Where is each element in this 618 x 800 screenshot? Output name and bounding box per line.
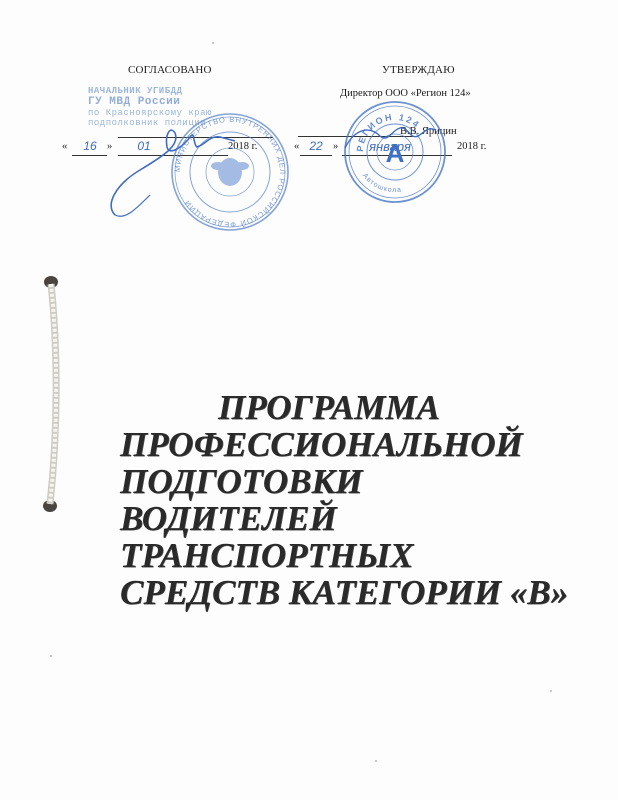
scan-speck xyxy=(375,760,377,762)
scan-speck xyxy=(50,655,52,657)
approve-heading: УТВЕРЖДАЮ xyxy=(382,64,455,76)
title-line-2: ПРОФЕССИОНАЛЬНОЙ xyxy=(0,426,618,463)
scan-speck xyxy=(212,42,214,44)
signature-right xyxy=(340,118,440,158)
agreed-heading: СОГЛАСОВАНО xyxy=(128,64,212,76)
quote-open: « xyxy=(294,141,299,152)
stamp-line: ГУ МВД России xyxy=(88,96,212,108)
title-line-3: ПОДГОТОВКИ xyxy=(0,463,618,500)
approval-date-left: « xyxy=(62,141,67,152)
day-underline xyxy=(300,155,332,156)
date-day: 22 xyxy=(302,139,330,153)
svg-text:Автошкола: Автошкола xyxy=(361,172,402,194)
scan-speck xyxy=(550,690,552,692)
director-position: Директор ООО «Регион 124» xyxy=(340,88,471,99)
quote-open: « xyxy=(62,141,67,152)
quote-close: » xyxy=(333,141,338,152)
title-line-4: ВОДИТЕЛЕЙ xyxy=(0,500,618,537)
signature-left xyxy=(95,115,245,225)
date-year: 2018 г. xyxy=(457,141,486,152)
title-line-6: СРЕДСТВ КАТЕГОРИИ «В» xyxy=(0,574,618,611)
stamp-line: НАЧАЛЬНИК УГИБДД xyxy=(88,86,212,96)
seal-bottom-text: Автошкола xyxy=(361,172,402,194)
title-line-5: ТРАНСПОРТНЫХ xyxy=(0,537,618,574)
title-line-1: ПРОГРАММА xyxy=(0,389,618,426)
